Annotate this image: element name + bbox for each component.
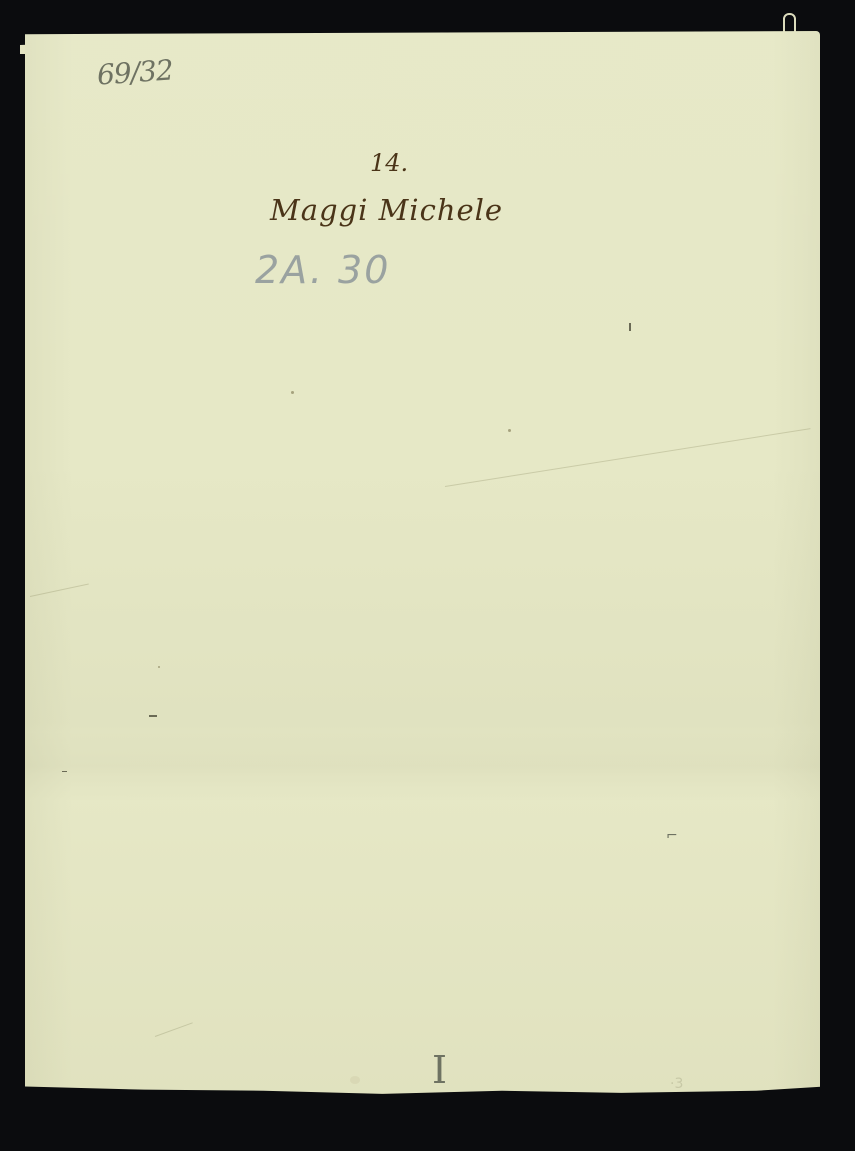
folio-number: 14. bbox=[370, 151, 408, 175]
scanned-document: 69/32 14. Maggi Michele 2A. 30 I ⌐ ·3 bbox=[0, 0, 855, 1151]
bottom-mark: I bbox=[432, 1051, 447, 1089]
person-name: Maggi Michele bbox=[270, 196, 503, 225]
paper-crease bbox=[445, 428, 811, 487]
shelf-mark: 2A. 30 bbox=[255, 251, 390, 289]
paper-mark bbox=[62, 771, 67, 772]
archive-number: 69/32 bbox=[96, 56, 173, 89]
paper-speck bbox=[291, 391, 294, 394]
paper-crease bbox=[155, 1022, 193, 1037]
paper-fold-shadow bbox=[25, 731, 820, 801]
paper-speck bbox=[350, 1076, 360, 1084]
paper-sheet: 69/32 14. Maggi Michele 2A. 30 I ⌐ ·3 bbox=[25, 31, 820, 1095]
paper-mark bbox=[149, 715, 157, 717]
corner-mark: ⌐ bbox=[666, 829, 678, 843]
faint-mark: ·3 bbox=[670, 1076, 683, 1092]
paper-speck bbox=[158, 666, 160, 668]
paper-crease bbox=[30, 584, 89, 597]
paper-speck bbox=[508, 429, 511, 432]
paper-mark bbox=[629, 323, 631, 331]
